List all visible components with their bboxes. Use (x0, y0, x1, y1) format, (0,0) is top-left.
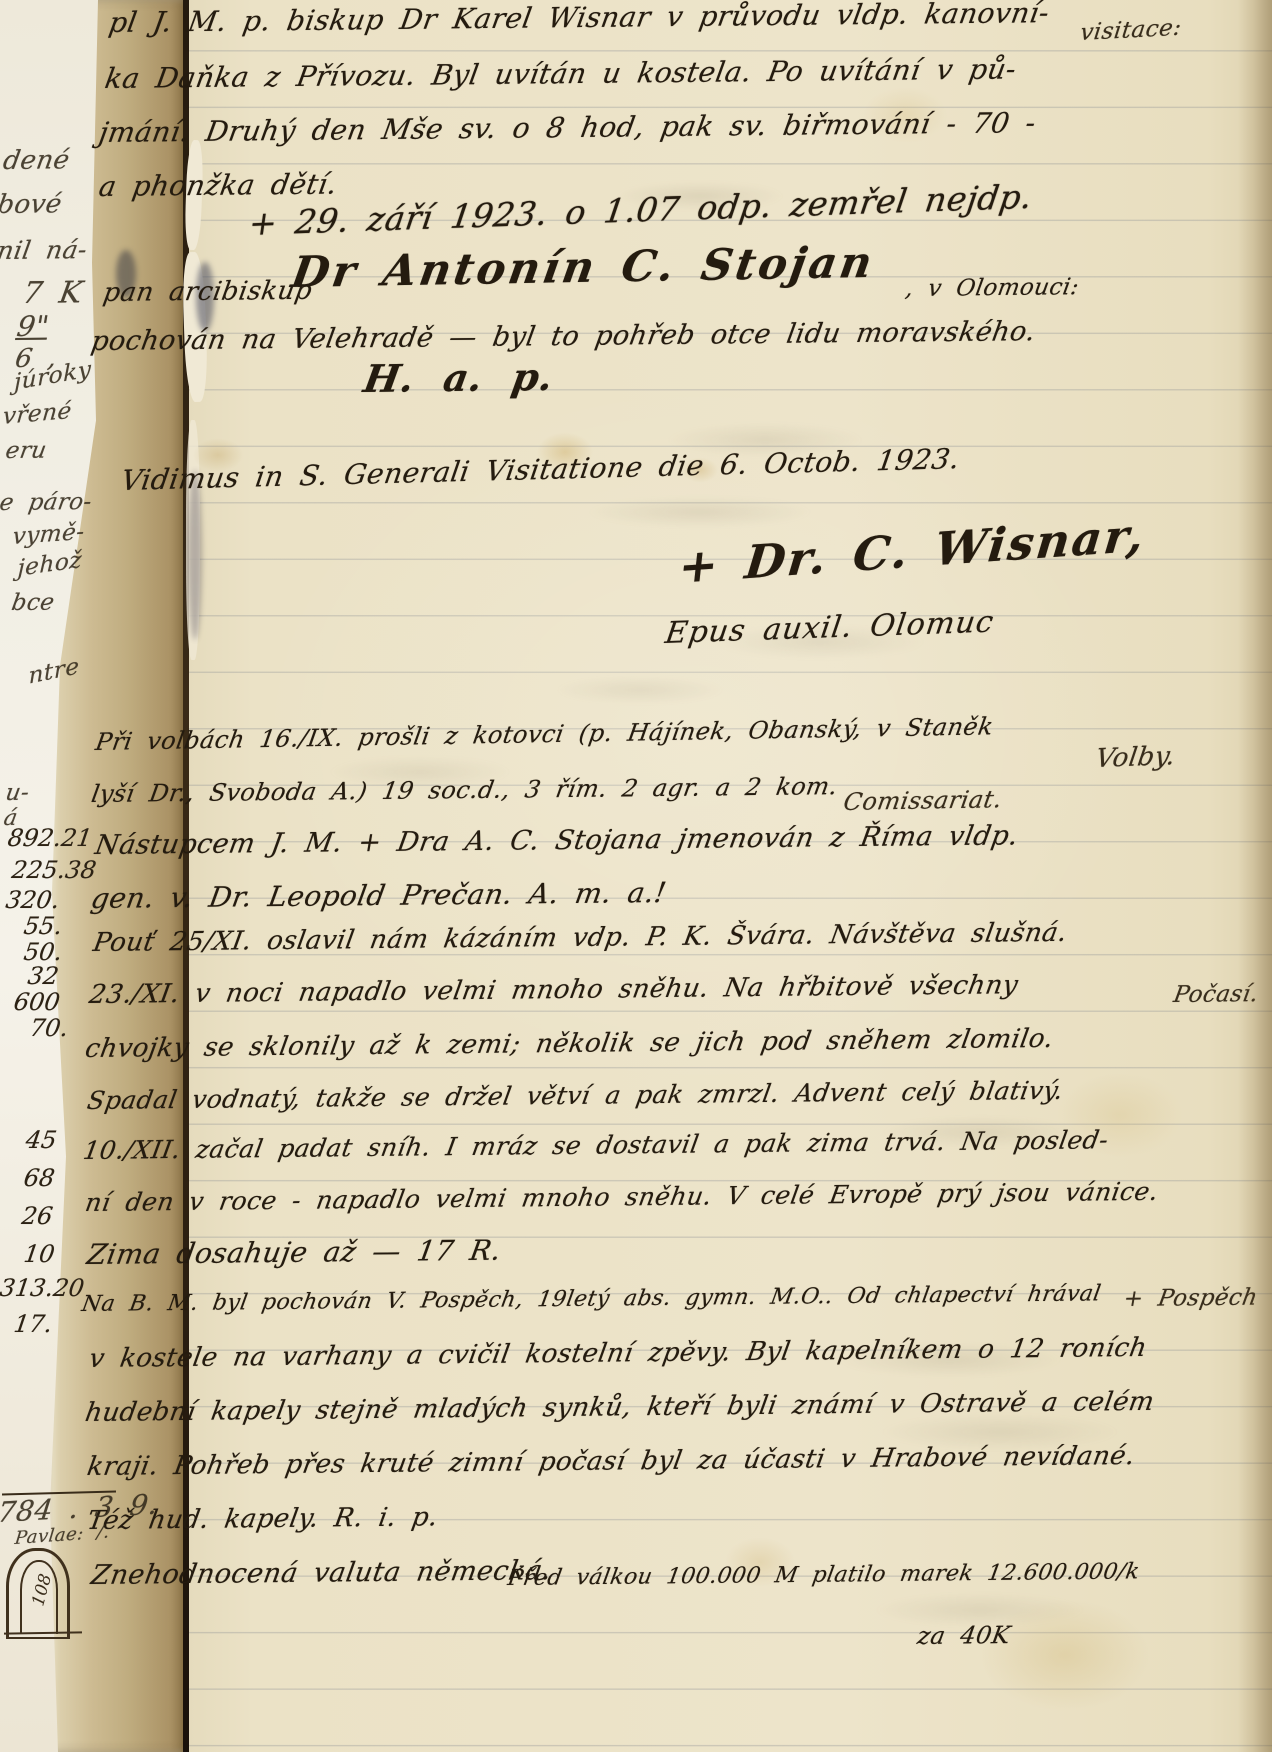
handwritten-line: gen. v. Dr. Leopold Prečan. A. m. a.! (89, 876, 669, 915)
gutter-fragment: bové (0, 189, 64, 220)
gutter-fragment: vymě- (11, 519, 86, 550)
ledger-number: 17. (12, 1310, 54, 1338)
handwritten-line: H. a. p. (361, 354, 557, 401)
chronicle-page: pl J. M. p. biskup Dr Karel Wisnar v prů… (0, 0, 1272, 1752)
gutter-fragment: 7 K (20, 275, 85, 311)
handwritten-line: za 40K (915, 1621, 1012, 1650)
gutter-fragment: nil ná- (0, 235, 89, 265)
ledger-number: 313.20 (0, 1274, 86, 1302)
margin-note: Volby. (1094, 741, 1178, 774)
handwritten-line: Znehodnocená valuta německá. (89, 1555, 554, 1591)
handwritten-line: pan arcibiskup (101, 276, 314, 308)
ledger-number: 55. (22, 912, 64, 940)
ledger-number: 892.21 (6, 824, 94, 852)
ledger-number: 26 (20, 1202, 54, 1230)
temperature-line: Zima dosahuje až — 17 R. (85, 1234, 504, 1271)
ink-smudge (188, 470, 202, 640)
handwritten-line: , v Olomouci: (904, 274, 1081, 302)
page-right-edge (1238, 0, 1272, 1752)
gutter-fragment: u- (4, 780, 32, 806)
gutter-fragment: e páro- (0, 489, 94, 516)
ledger-number: 70. (28, 1014, 70, 1042)
ledger-number: 225.38 (10, 856, 98, 884)
margin-note: visitace: (1079, 15, 1183, 46)
gutter-fragment: dené (1, 145, 72, 176)
gutter-fragment: 9" (15, 310, 52, 343)
ledger-number: 45 (24, 1126, 58, 1154)
margin-note: Comissariat. (842, 785, 1005, 816)
ledger-number: 600 (12, 988, 62, 1016)
archbishop-name: Dr Antonín C. Stojan (288, 238, 878, 298)
ledger-number: 10 (22, 1240, 56, 1268)
ledger-number: 32 (26, 962, 60, 990)
ledger-number: 320. (4, 886, 61, 914)
handwritten-line: a phonžka dětí. (97, 168, 340, 203)
ledger-number: 68 (22, 1164, 56, 1192)
gutter-fragment: bce (10, 590, 57, 616)
gutter-fragment: eru (4, 438, 49, 464)
